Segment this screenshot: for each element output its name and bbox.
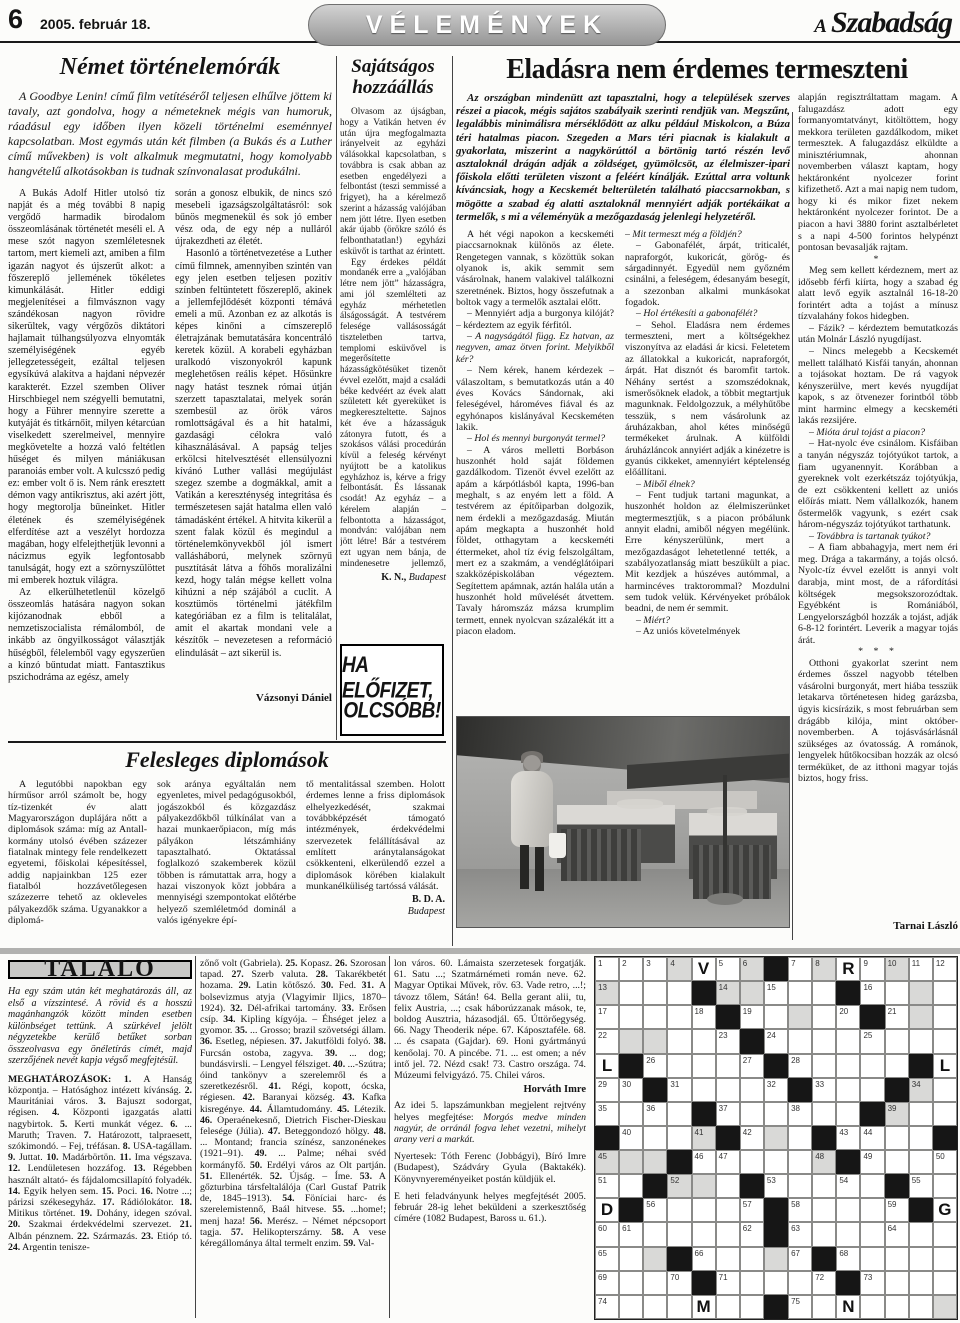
crossword-cell (836, 1271, 860, 1295)
crossword-cell[interactable]: 46 (692, 1150, 716, 1174)
crossword-cell[interactable] (812, 1295, 836, 1319)
crossword-cell[interactable]: 28 (788, 1054, 812, 1078)
crossword-cell[interactable] (643, 1295, 667, 1319)
crossword-cell[interactable] (667, 1029, 691, 1053)
puzzle-clues: MEGHATÁROZÁSOK: 1. A Hanság központja. –… (8, 1074, 192, 1253)
crossword-cell[interactable]: 68 (836, 1247, 860, 1271)
photo-crates (561, 829, 641, 881)
crossword-cell[interactable]: 16 (860, 981, 884, 1005)
crossword-cell[interactable] (885, 1295, 909, 1319)
article-text-col2: – Mit termeszt még a földjén?– Gabonafél… (625, 229, 790, 711)
crossword-cell[interactable]: 22 (595, 1029, 619, 1053)
crossword-cell[interactable] (667, 1054, 691, 1078)
crossword-cell[interactable] (933, 1295, 957, 1319)
market-photo (456, 716, 790, 928)
photo-pole-base (707, 893, 743, 905)
ad-line-2: OLCSÓBB! (343, 699, 440, 724)
crossword-cell[interactable]: 37 (716, 1102, 740, 1126)
crossword-cell (764, 1295, 788, 1319)
crossword-cell[interactable]: 55 (909, 1174, 933, 1198)
crossword-cell[interactable] (692, 1054, 716, 1078)
article-text: Olvasom az újságban, hogy a Vatikán hetv… (340, 107, 446, 569)
puzzle-byline: Horváth Imre (394, 1084, 586, 1095)
article-german-history: Német történelemórák A Goodbye Lenin! cí… (8, 54, 332, 738)
crossword-cell[interactable]: 44 (860, 1126, 884, 1150)
crossword-cell[interactable]: 74 (595, 1295, 619, 1319)
crossword-cell[interactable]: 62 (740, 1222, 764, 1246)
puzzle-column-3: lon város. 60. Lámaista szerzetesek forg… (394, 958, 586, 1316)
crossword-cell[interactable]: 9 (860, 957, 884, 981)
crossword-cell (836, 1150, 860, 1174)
crossword-cell[interactable]: 13 (595, 981, 619, 1005)
crossword-cell[interactable] (788, 1271, 812, 1295)
crossword-cell[interactable] (836, 1029, 860, 1053)
crossword-cell[interactable] (667, 1005, 691, 1029)
paper-logo-prefix: A (814, 16, 827, 37)
crossword-cell[interactable] (643, 1222, 667, 1246)
photo-umbrella-pole (723, 775, 727, 897)
crossword-cell[interactable]: L (933, 1054, 957, 1078)
crossword-cell[interactable]: 34 (909, 1078, 933, 1102)
crossword-cell[interactable] (716, 1295, 740, 1319)
crossword-cell[interactable] (909, 1005, 933, 1029)
crossword-cell (909, 1054, 933, 1078)
crossword-cell[interactable] (716, 1078, 740, 1102)
column-divider (452, 56, 453, 946)
crossword-cell[interactable]: 31 (667, 1078, 691, 1102)
crossword-cell[interactable]: 10 (885, 957, 909, 981)
crossword-cell[interactable] (692, 1174, 716, 1198)
crossword-cell[interactable]: 30 (619, 1078, 643, 1102)
crossword-cell[interactable] (885, 1247, 909, 1271)
newspaper-page: 6 2005. február 18. VÉLEMÉNYEK A Szabads… (0, 0, 960, 1323)
crossword-cell[interactable] (933, 1271, 957, 1295)
article-text-col1: A legutóbbi napokban egy hírműsor arról … (8, 779, 147, 945)
crossword-cell[interactable] (764, 1126, 788, 1150)
crossword-cell[interactable] (909, 981, 933, 1005)
crossword-cell[interactable] (692, 1029, 716, 1053)
crossword-cell[interactable]: 23 (716, 1029, 740, 1053)
crossword-cell[interactable]: 1 (595, 957, 619, 981)
crossword-cell (885, 1174, 909, 1198)
crossword-cell[interactable] (619, 1247, 643, 1271)
article-title: Német történelemórák (8, 54, 332, 81)
crossword-cell[interactable] (933, 1005, 957, 1029)
crossword-cell[interactable] (909, 1029, 933, 1053)
puzzle-box-title: TALÁLÓ (8, 960, 192, 979)
crossword-cell[interactable] (885, 1126, 909, 1150)
crossword-cell[interactable] (619, 1150, 643, 1174)
crossword-cell[interactable] (836, 1222, 860, 1246)
crossword-cell (692, 1102, 716, 1126)
crossword-cell[interactable]: 54 (836, 1174, 860, 1198)
crossword-cell[interactable] (933, 1078, 957, 1102)
crossword-cell[interactable]: 36 (643, 1102, 667, 1126)
section-banner-label: VÉLEMÉNYEK (366, 11, 608, 40)
crossword-prefilled-letter: R (837, 958, 859, 980)
crossword-prefilled-letter: D (596, 1199, 618, 1221)
column-divider (389, 956, 390, 1318)
crossword-cell[interactable] (885, 981, 909, 1005)
crossword-cell[interactable]: 27 (740, 1054, 764, 1078)
crossword-cell[interactable] (619, 1029, 643, 1053)
crossword-cell[interactable] (933, 1102, 957, 1126)
crossword-cell[interactable] (788, 1029, 812, 1053)
crossword-cell[interactable]: 41 (692, 1126, 716, 1150)
crossword-cell[interactable]: D (595, 1198, 619, 1222)
crossword-cell[interactable]: 75 (788, 1295, 812, 1319)
crossword-cell (764, 957, 788, 981)
crossword-cell[interactable] (643, 1150, 667, 1174)
crossword-cell[interactable]: 63 (788, 1222, 812, 1246)
crossword-cell[interactable] (933, 1174, 957, 1198)
photo-produce (707, 807, 747, 816)
crossword-cell[interactable] (667, 981, 691, 1005)
article-lede: A Goodbye Lenin! című film vetítéséről t… (8, 89, 332, 179)
crossword-cell[interactable]: N (836, 1295, 860, 1319)
crossword-cell[interactable]: 11 (909, 957, 933, 981)
crossword-cell[interactable] (692, 1078, 716, 1102)
crossword-cell[interactable] (933, 1247, 957, 1271)
crossword-cell[interactable] (740, 1078, 764, 1102)
crossword-cell[interactable]: 19 (740, 1005, 764, 1029)
crossword-cell (740, 1029, 764, 1053)
crossword-cell[interactable]: 26 (643, 1054, 667, 1078)
crossword-prefilled-letter: L (934, 1055, 956, 1077)
crossword-cell[interactable]: 14 (716, 981, 740, 1005)
crossword-cell (860, 1102, 884, 1126)
puzzle-clues: lon város. 60. Lámaista szerzetesek forg… (394, 958, 586, 1081)
crossword-cell[interactable] (860, 1054, 884, 1078)
puzzle-intro: Ha egy szám után két meghatározás áll, a… (8, 986, 192, 1067)
crossword-cell (716, 1126, 740, 1150)
crossword-cell[interactable] (619, 1271, 643, 1295)
crossword-cell[interactable]: 32 (764, 1078, 788, 1102)
byline: Vázsonyi Dániel (248, 691, 332, 704)
crossword-cell[interactable] (812, 1102, 836, 1126)
page-number: 6 (8, 4, 23, 35)
crossword-cell[interactable]: 53 (764, 1174, 788, 1198)
crossword-cell[interactable] (788, 1150, 812, 1174)
subscribe-ad: HA ELŐFIZET, OLCSÓBB! (340, 644, 444, 736)
crossword-cell[interactable]: 24 (764, 1029, 788, 1053)
paper-logo-name: Szabadság (831, 6, 952, 39)
crossword-cell[interactable]: 39 (885, 1102, 909, 1126)
crossword-prefilled-letter: M (693, 1296, 715, 1318)
crossword-cell[interactable] (836, 1054, 860, 1078)
crossword-cell[interactable] (643, 1029, 667, 1053)
crossword-cell (692, 981, 716, 1005)
section-divider-bar (0, 948, 960, 954)
crossword-cell[interactable] (643, 1005, 667, 1029)
crossword-cell[interactable]: G (933, 1198, 957, 1222)
crossword-cell[interactable]: 2 (619, 957, 643, 981)
section-banner: VÉLEMÉNYEK (308, 4, 666, 46)
crossword-cell[interactable]: 70 (667, 1271, 691, 1295)
crossword-cell[interactable] (933, 981, 957, 1005)
crossword-cell[interactable]: 29 (595, 1078, 619, 1102)
crossword-cell[interactable]: 57 (740, 1198, 764, 1222)
crossword-cell[interactable] (909, 1247, 933, 1271)
photo-shopping-bag (549, 833, 566, 858)
crossword-cell[interactable]: R (836, 957, 860, 981)
crossword-cell (909, 1198, 933, 1222)
crossword-cell (933, 1126, 957, 1150)
crossword-cell[interactable] (667, 1126, 691, 1150)
crossword-cell (619, 1198, 643, 1222)
crossword-cell[interactable]: 20 (836, 1005, 860, 1029)
crossword-cell[interactable] (740, 1295, 764, 1319)
crossword-cell[interactable] (619, 981, 643, 1005)
crossword-cell[interactable]: 33 (812, 1078, 836, 1102)
crossword-cell[interactable]: 66 (692, 1247, 716, 1271)
crossword-cell[interactable]: 4 (667, 957, 691, 981)
crossword-cell[interactable] (836, 1078, 860, 1102)
crossword-cell[interactable]: 61 (619, 1222, 643, 1246)
crossword-cell[interactable]: 25 (860, 1029, 884, 1053)
crossword-cell[interactable] (667, 1295, 691, 1319)
crossword-cell[interactable] (740, 1150, 764, 1174)
column-divider (195, 956, 196, 1318)
crossword-cell[interactable] (933, 1222, 957, 1246)
crossword-cell[interactable]: 3 (643, 957, 667, 981)
crossword-cell[interactable]: 6 (740, 957, 764, 981)
crossword-prefilled-letter: L (596, 1055, 618, 1077)
crossword-cell[interactable] (860, 1222, 884, 1246)
previous-solution-note: Az idei 5. lapszámunkban megjelent rejtv… (394, 1100, 586, 1145)
crossword-cell[interactable] (909, 1295, 933, 1319)
crossword-cell[interactable] (788, 981, 812, 1005)
crossword-cell[interactable] (716, 1198, 740, 1222)
crossword-cell[interactable] (740, 1271, 764, 1295)
crossword-cell[interactable] (909, 1102, 933, 1126)
article-text-col3: alapján regisztráltattam magam. A faluga… (798, 92, 958, 910)
crossword-cell (860, 1005, 884, 1029)
crossword-cell[interactable]: 48 (812, 1150, 836, 1174)
article-text-col1: A hét végi napokon a kecskeméti piaccsar… (456, 229, 614, 711)
crossword-cell[interactable] (788, 1005, 812, 1029)
photo-produce (617, 799, 663, 809)
byline: K. N., Budapest (340, 572, 446, 583)
crossword-cell[interactable]: 43 (836, 1126, 860, 1150)
crossword-cell (836, 981, 860, 1005)
crossword-cell (595, 1126, 619, 1150)
crossword-cell[interactable] (643, 1271, 667, 1295)
crossword-cell (788, 1078, 812, 1102)
crossword-cell[interactable] (643, 981, 667, 1005)
crossword-cell[interactable] (860, 1247, 884, 1271)
crossword-cell[interactable] (764, 1271, 788, 1295)
crossword-cell[interactable] (885, 1150, 909, 1174)
crossword-cell[interactable] (619, 1295, 643, 1319)
crossword-cell (764, 1222, 788, 1246)
crossword-cell (643, 1174, 667, 1198)
crossword-cell[interactable]: 56 (643, 1198, 667, 1222)
crossword-cell[interactable]: 52 (667, 1174, 691, 1198)
crossword-cell[interactable]: 40 (619, 1126, 643, 1150)
crossword-cell[interactable]: 5 (716, 957, 740, 981)
crossword-cell[interactable]: 72 (812, 1271, 836, 1295)
crossword-cell (764, 1054, 788, 1078)
crossword-cell[interactable] (860, 1174, 884, 1198)
crossword-cell[interactable] (885, 1271, 909, 1295)
crossword-cell[interactable]: V (692, 957, 716, 981)
article-title: Felesleges diplomások (8, 747, 446, 773)
ad-line-1: HA ELŐFIZET, (342, 654, 442, 705)
crossword-cell[interactable] (933, 1029, 957, 1053)
crossword-cell[interactable] (619, 1005, 643, 1029)
crossword-cell[interactable] (860, 1078, 884, 1102)
byline: Tarnai László (885, 919, 958, 932)
crossword-cell[interactable] (764, 1247, 788, 1271)
crossword-cell (740, 1174, 764, 1198)
crossword-cell (764, 1198, 788, 1222)
crossword-cell[interactable]: 65 (595, 1247, 619, 1271)
crossword-cell[interactable] (764, 1102, 788, 1126)
issue-date: 2005. február 18. (40, 16, 151, 32)
section-rule (8, 741, 446, 743)
article-diploma: Felesleges diplomások A legutóbbi napokb… (8, 741, 446, 945)
crossword-prefilled-letter: G (934, 1199, 956, 1221)
crossword-cell[interactable]: 47 (716, 1150, 740, 1174)
article-text-col3: tő mentalitással szemben. Holott érdemes… (306, 779, 445, 945)
crossword-cell[interactable]: M (692, 1295, 716, 1319)
crossword-cell[interactable]: 58 (788, 1198, 812, 1222)
crossword-cell[interactable]: 38 (788, 1102, 812, 1126)
crossword-cell[interactable]: 8 (812, 957, 836, 981)
crossword-cell (812, 1126, 836, 1150)
crossword-cell[interactable] (909, 1126, 933, 1150)
article-title: Eladásra nem érdemes termeszteni (456, 54, 958, 86)
photo-shopper (520, 845, 529, 889)
crossword-cell[interactable] (812, 1222, 836, 1246)
crossword-prefilled-letter: V (693, 958, 715, 980)
crossword-cell[interactable]: 64 (885, 1222, 909, 1246)
byline: B. D. A. Budapest (306, 894, 445, 917)
crossword-cell[interactable]: 18 (692, 1005, 716, 1029)
crossword-cell[interactable] (692, 1198, 716, 1222)
crossword-cell[interactable]: 51 (595, 1174, 619, 1198)
crossword-cell[interactable] (716, 1174, 740, 1198)
crossword-cell[interactable] (692, 1222, 716, 1246)
crossword-cell (619, 1054, 643, 1078)
paper-logo: A Szabadság (814, 6, 952, 40)
crossword-cell[interactable]: L (595, 1054, 619, 1078)
crossword-cell[interactable] (716, 1247, 740, 1271)
crossword-cell[interactable] (764, 1150, 788, 1174)
crossword-cell[interactable]: 59 (885, 1198, 909, 1222)
crossword-cell (885, 1078, 909, 1102)
crossword-cell[interactable]: 15 (764, 981, 788, 1005)
crossword-cell (716, 1005, 740, 1029)
crossword-prefilled-letter: N (837, 1296, 859, 1318)
crossword-cell[interactable] (643, 1247, 667, 1271)
crossword-cell[interactable]: 49 (860, 1150, 884, 1174)
crossword-cell[interactable]: 45 (595, 1150, 619, 1174)
crossword-cell[interactable] (909, 1150, 933, 1174)
crossword-cell[interactable]: 60 (595, 1222, 619, 1246)
crossword-cell[interactable] (716, 1222, 740, 1246)
article-lede: Az országban mindenütt azt tapasztalni, … (456, 92, 790, 224)
article-text-col2: sok aránya egyáltalán nem egyenletes, mi… (157, 779, 296, 945)
article-title: Sajátságos hozzáállás (340, 56, 446, 98)
crossword-cell[interactable] (836, 1198, 860, 1222)
crossword-cell[interactable] (667, 1198, 691, 1222)
crossword-cell[interactable] (812, 981, 836, 1005)
crossword-cell (692, 1271, 716, 1295)
crossword-grid: 1234V5678R910111213141516171819202122232… (594, 956, 958, 1320)
column-divider (336, 56, 337, 740)
crossword-cell (812, 1247, 836, 1271)
crossword-cell[interactable] (812, 1198, 836, 1222)
crossword-cell[interactable] (667, 1222, 691, 1246)
deadline-note: E heti feladványunk helyes megfejtését 2… (394, 1191, 586, 1225)
puzzle-column-2: zőnő volt (Gabriela). 25. Kopasz. 26. Sz… (200, 958, 386, 1316)
crossword-cell[interactable] (643, 1126, 667, 1150)
crossword-cell[interactable]: 67 (788, 1247, 812, 1271)
crossword-cell[interactable]: 73 (860, 1271, 884, 1295)
crossword-cell[interactable]: 12 (933, 957, 957, 981)
crossword-cell[interactable] (885, 1029, 909, 1053)
crossword-cell[interactable] (667, 1102, 691, 1126)
crossword-cell[interactable] (740, 1102, 764, 1126)
crossword-cell[interactable] (885, 1054, 909, 1078)
crossword-cell[interactable]: 71 (716, 1271, 740, 1295)
crossword-cell[interactable] (860, 1198, 884, 1222)
crossword-cell[interactable] (619, 1174, 643, 1198)
crossword-cell[interactable]: 69 (595, 1271, 619, 1295)
photo-shopper (511, 771, 553, 847)
winners-note: Nyertesek: Tóth Ferenc (Jobbágyi), Bíró … (394, 1151, 586, 1185)
crossword-cell (667, 1150, 691, 1174)
crossword-cell (643, 1078, 667, 1102)
crossword-cell[interactable] (812, 1029, 836, 1053)
crossword-cell[interactable] (740, 1247, 764, 1271)
crossword-cell[interactable]: 35 (595, 1102, 619, 1126)
article-text-col1: A Bukás Adolf Hitler utolsó tíz napját é… (8, 188, 165, 704)
crossword-cell[interactable] (619, 1102, 643, 1126)
crossword-cell[interactable] (812, 1005, 836, 1029)
crossword-cell[interactable] (812, 1054, 836, 1078)
crossword-cell[interactable] (740, 981, 764, 1005)
crossword-cell[interactable] (812, 1174, 836, 1198)
crossword-cell[interactable]: 7 (788, 957, 812, 981)
crossword-cell[interactable]: 50 (933, 1150, 957, 1174)
crossword-cell[interactable]: 21 (885, 1005, 909, 1029)
crossword-cell[interactable] (764, 1005, 788, 1029)
article-market-interview: Eladásra nem érdemes termeszteni Az orsz… (456, 54, 958, 938)
crossword-cell[interactable] (716, 1054, 740, 1078)
crossword-cell[interactable]: 42 (740, 1126, 764, 1150)
crossword-cell (667, 1247, 691, 1271)
crossword-cell[interactable]: 17 (595, 1005, 619, 1029)
crossword-cell[interactable] (909, 1271, 933, 1295)
crossword-cell[interactable] (860, 1295, 884, 1319)
photo-crates (693, 845, 771, 899)
crossword-cell[interactable] (836, 1102, 860, 1126)
crossword-cell[interactable] (788, 1126, 812, 1150)
article-text-col2: során a gonosz elbukik, de nincs szó mes… (175, 188, 332, 704)
crossword-cell[interactable] (909, 1222, 933, 1246)
puzzle-column-1: TALÁLÓ Ha egy szám után két meghatározás… (8, 960, 192, 1318)
crossword-cell[interactable] (788, 1174, 812, 1198)
